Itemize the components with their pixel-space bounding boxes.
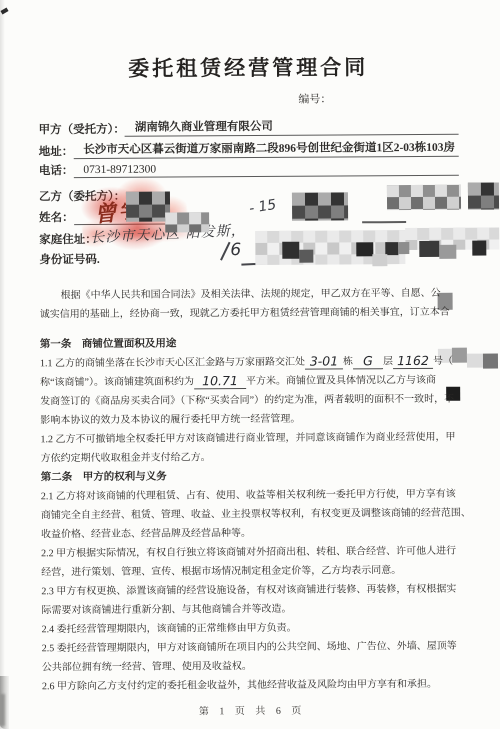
contract-line: 1.2 乙方不可撤销地全权委托甲方对该商铺进行商业管理，并同意该商铺作为商业经营… [40, 428, 464, 450]
contract-body: 根据《中华人民共和国合同法》及相关法律、法规的规定，甲乙双方在平等、自愿、公 诚… [40, 284, 466, 697]
contract-line: 2.2 甲方根据实际情况，有权自行独立将该商铺对外招商出租、转租、联合经营、许可… [41, 542, 465, 564]
party-b-name-label: 姓名： [39, 209, 74, 225]
redaction-cell [356, 242, 373, 256]
redaction-cell [419, 241, 439, 257]
scan-edge-shadow [0, 0, 5, 729]
redaction-mosaic [468, 182, 499, 209]
contract-line: 发商签订的《商品房买卖合同》（下称“买卖合同”）的约定为准，两者载明的面积不一致… [40, 390, 464, 412]
contract-line: 2.6 甲方除向乙方支付约定的委托租金收益外，其他经营收益及风险均由甲方享有和承… [42, 675, 466, 697]
redaction-cell [483, 353, 498, 368]
contract-line: 根据《中华人民共和国合同法》及相关法律、法规的规定，甲乙双方在平等、自愿、公 [40, 284, 464, 306]
contract-line: 商铺完全自主经营、租赁、管理、收益、业主投票权等权利，有权变更及调整该商铺的经营… [41, 504, 465, 526]
contract-line: 2.1 乙方将对该商铺的代理租赁、占有、使用、收益等相关权利统一委托甲方行使，甲… [41, 485, 465, 507]
redaction-cell [467, 354, 483, 368]
redaction-cell [439, 245, 456, 259]
redaction-mosaic [126, 191, 170, 221]
contract-title: 委托租赁经营管理合同 [0, 50, 498, 83]
paper-sheet: 委托租赁经营管理合同 编号： 甲方（受托方）： 湖南锦久商业管理有限公司 地址：… [0, 0, 500, 729]
name-line-segment [362, 221, 406, 223]
contract-line: 2.5 委托经营管理期限内，甲方对该商铺所在项目内的公共空间、场地、广告位、外墙… [42, 637, 466, 659]
redaction-cell [372, 254, 387, 266]
contract-line: 公共部位拥有统一经营、管理、使用及收益权。 [42, 656, 466, 678]
printed-text: 1.1 乙方的商铺坐落在长沙市天心区汇金路与万家丽路交汇处 [40, 357, 305, 370]
printed-text: 层 [383, 356, 393, 367]
printed-text: 栋 [343, 356, 353, 367]
printed-text: 称“该商铺”）。该商铺建筑面积约为 [40, 376, 194, 388]
page-number-footer: 第 1 页 共 6 页 [2, 700, 500, 718]
contract-line: 2.3 甲方有权更换、添置该商铺的经营设施设备，有权对该商铺进行装修、再装修，有… [41, 580, 465, 602]
contract-line: 影响本协议的效力及本协议的履行委托甲方统一经营管理。 [40, 409, 464, 431]
redaction-cell [282, 242, 299, 259]
contract-line: 方依约定期代收取租金并支付给乙方。 [41, 447, 465, 469]
party-a-label: 甲方（受托方）： [39, 121, 125, 138]
contract-line: 诚实信用的基础上，经协商一致，现就乙方委托甲方租赁经营管理商铺的相关事宜，订立本… [40, 303, 464, 325]
printed-text: 平方米。商铺位置及具体情况以乙方与该商 [246, 375, 436, 387]
party-a-phone-row: 电话： 0731-89712300 [39, 160, 459, 179]
printed-text: 号（ [433, 356, 453, 367]
handwritten-unit-number: 1162 [393, 354, 433, 369]
redaction-mosaic [387, 185, 461, 210]
redaction-mosaic [292, 192, 348, 220]
contract-number-label: 编号： [298, 90, 331, 106]
redaction-mosaic [165, 212, 209, 232]
clause-1-1-line-1: 1.1 乙方的商铺坐落在长沙市天心区汇金路与万家丽路交汇处3-01栋G层1162… [40, 352, 464, 374]
contract-line: 经营，进行策划、管理、宣传、根据市场情况制定租金定价等，乙方均表示同意。 [41, 561, 465, 583]
handwritten-building: 3-01 [305, 354, 343, 369]
contract-line: 2.4 委托经营管理期限内，该商铺的正常维修由甲方负责。 [42, 618, 466, 640]
party-a-row: 甲方（受托方）： 湖南锦久商业管理有限公司 [38, 117, 458, 138]
clause-1-1-line-2: 称“该商铺”）。该商铺建筑面积约为10.71平方米。商铺位置及具体情况以乙方与该… [40, 371, 464, 393]
party-a-name: 湖南锦久商业管理有限公司 [125, 117, 459, 137]
handwritten-area: 10.71 [194, 374, 246, 389]
party-a-phone: 0731-89712300 [73, 162, 459, 178]
redaction-cell [299, 250, 313, 263]
redaction-cell [472, 241, 486, 256]
redaction-cell [398, 242, 409, 254]
handwritten-floor: G [353, 354, 383, 369]
clause-heading-1: 第一条 商铺位置面积及用途 [40, 333, 464, 355]
party-a-address-row: 地址： 长沙市天心区暮云街道万家丽南路二段896号创世纪金街道1区2-03栋10… [39, 139, 459, 160]
scanned-contract-page: 委托租赁经营管理合同 编号： 甲方（受托方）： 湖南锦久商业管理有限公司 地址：… [0, 0, 500, 729]
clause-heading-2: 第二条 甲方的权利与义务 [41, 466, 465, 488]
party-a-phone-label: 电话： [39, 162, 74, 178]
contract-line: 收益价格、经营业态、经营品牌及经营品种等。 [41, 523, 465, 545]
handwritten-digit-6: 6 [230, 240, 241, 260]
party-a-address: 长沙市天心区暮云街道万家丽南路二段896号创世纪金街道1区2-03栋103房 [73, 139, 459, 159]
party-a-address-label: 地址： [39, 143, 74, 159]
contract-line: 际需要对该商铺进行重新分割、与其他商铺合并等改造。 [41, 599, 465, 621]
